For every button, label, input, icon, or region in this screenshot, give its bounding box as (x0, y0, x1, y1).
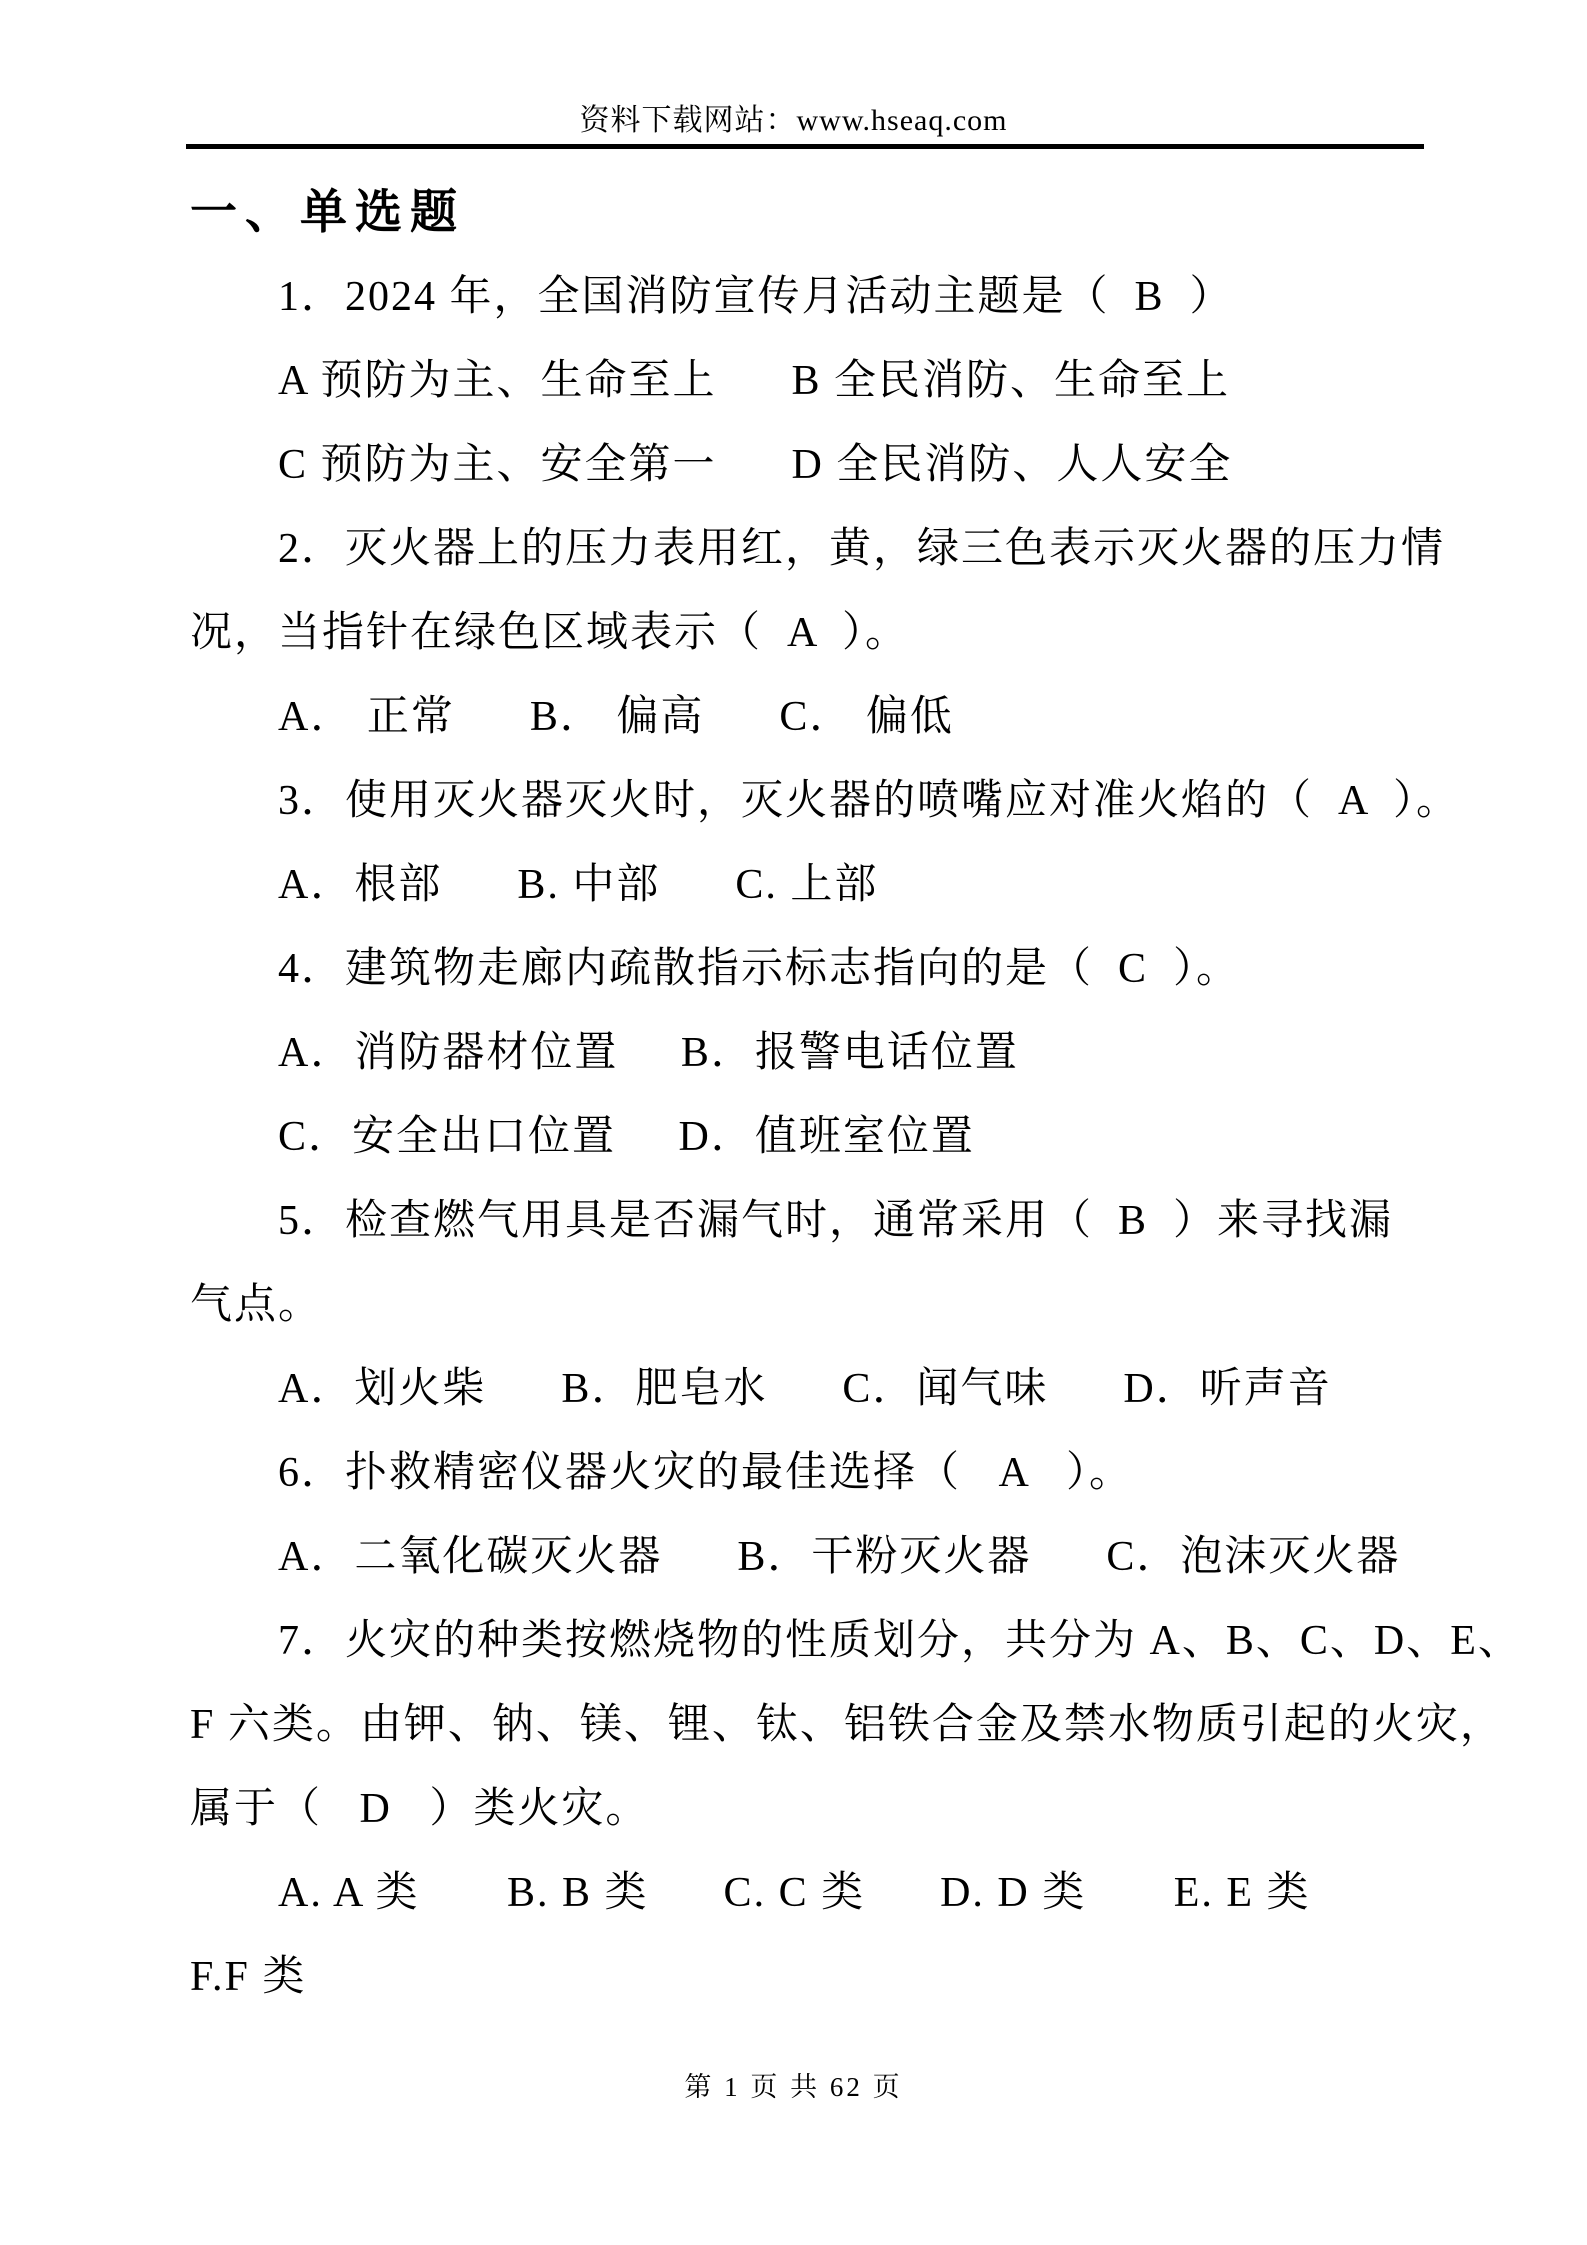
q2-options: A． 正常 B． 偏高 C． 偏低 (190, 675, 1430, 759)
q1-options-ab: A 预防为主、生命至上 B 全民消防、生命至上 (190, 339, 1430, 423)
q1-options-cd: C 预防为主、安全第一 D 全民消防、人人安全 (190, 423, 1430, 507)
section-title: 一、单选题 (190, 171, 1430, 255)
q7-text-line-1: 7．火灾的种类按燃烧物的性质划分，共分为 A、B、C、D、E、 (190, 1599, 1430, 1683)
q4-text: 4．建筑物走廊内疏散指示标志指向的是（ C ）。 (190, 927, 1430, 1011)
q6-options: A．二氧化碳灭火器 B．干粉灭火器 C．泡沫灭火器 (190, 1515, 1430, 1599)
header-divider (186, 144, 1424, 149)
q4-options-ab: A．消防器材位置 B．报警电话位置 (190, 1011, 1430, 1095)
footer-page-info: 第 1 页 共 62 页 (0, 2062, 1587, 2112)
header-site-label: 资料下载网站：www.hseaq.com (0, 101, 1587, 141)
q5-text-line-1: 5．检查燃气用具是否漏气时，通常采用（ B ）来寻找漏 (190, 1179, 1430, 1263)
q2-text-line-1: 2．灭火器上的压力表用红，黄，绿三色表示灭火器的压力情 (190, 507, 1430, 591)
q5-options: A．划火柴 B．肥皂水 C．闻气味 D．听声音 (190, 1347, 1430, 1431)
q7-text-line-2: F 六类。由钾、钠、镁、锂、钛、铝铁合金及禁水物质引起的火灾， (190, 1683, 1430, 1767)
document-content: 一、单选题 1．2024 年，全国消防宣传月活动主题是（ B ） A 预防为主、… (190, 171, 1430, 2019)
q5-text-line-2: 气点。 (190, 1263, 1430, 1347)
q6-text: 6．扑救精密仪器火灾的最佳选择（ A ）。 (190, 1431, 1430, 1515)
q7-text-line-3: 属于（ D ）类火灾。 (190, 1767, 1430, 1851)
document-page: 资料下载网站：www.hseaq.com 一、单选题 1．2024 年，全国消防… (0, 0, 1587, 2245)
q7-options-line-2: F.F 类 (190, 1935, 1430, 2019)
q1-text: 1．2024 年，全国消防宣传月活动主题是（ B ） (190, 255, 1430, 339)
q4-options-cd: C．安全出口位置 D．值班室位置 (190, 1095, 1430, 1179)
q2-text-line-2: 况，当指针在绿色区域表示（ A ）。 (190, 591, 1430, 675)
q3-text: 3．使用灭火器灭火时，灭火器的喷嘴应对准火焰的（ A ）。 (190, 759, 1430, 843)
q7-options-line-1: A. A 类 B. B 类 C. C 类 D. D 类 E. E 类 (190, 1851, 1430, 1935)
q3-options: A．根部 B. 中部 C. 上部 (190, 843, 1430, 927)
